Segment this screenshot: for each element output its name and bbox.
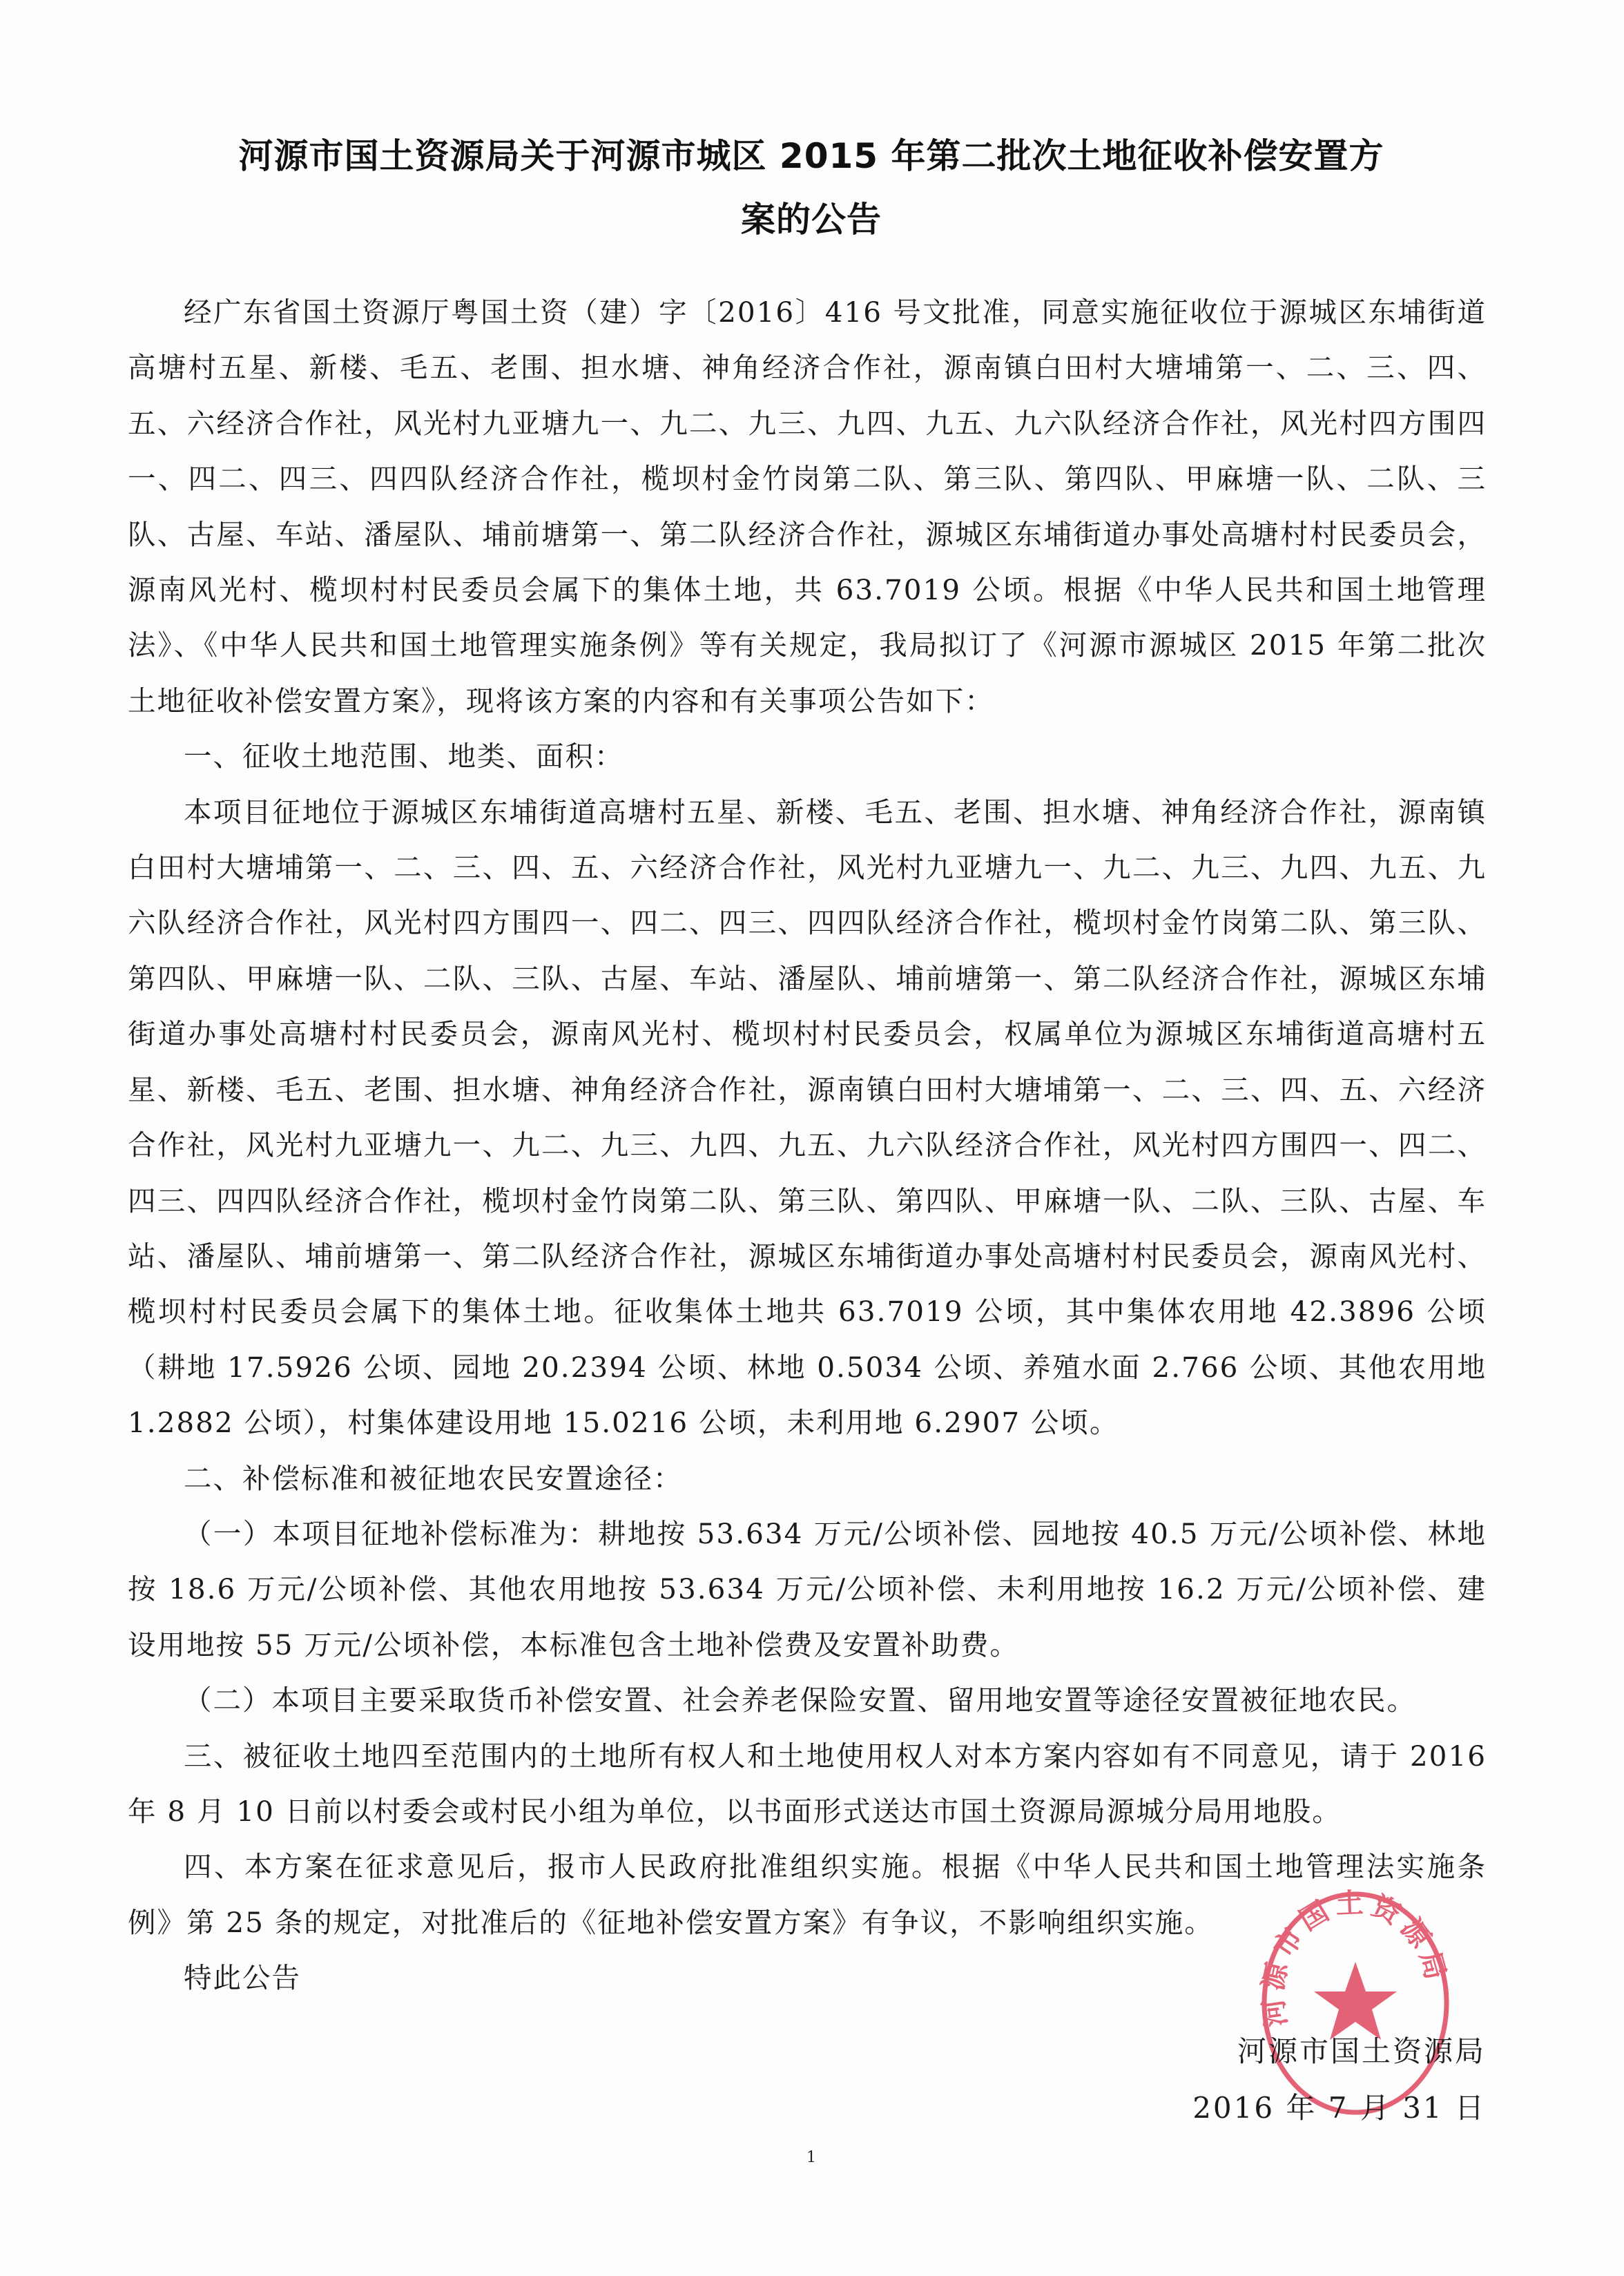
- page-number: 1: [806, 2149, 816, 2166]
- issue-date: 2016 年 7 月 31 日: [1192, 2080, 1486, 2137]
- document-page: 河源市国土资源局关于河源市城区 2015 年第二批次土地征收补偿安置方 案的公告…: [0, 0, 1624, 2276]
- document-title: 河源市国土资源局关于河源市城区 2015 年第二批次土地征收补偿安置方 案的公告: [104, 124, 1519, 251]
- signature-block: 河源市国土资源局 2016 年 7 月 31 日: [1192, 2023, 1486, 2137]
- section-heading-2: 二、补偿标准和被征地农民安置途径：: [128, 1451, 1487, 1506]
- paragraph-compensation-standard: （一）本项目征地补偿标准为：耕地按 53.634 万元/公顷补偿、园地按 40.…: [128, 1506, 1487, 1672]
- section-heading-1: 一、征收土地范围、地类、面积：: [128, 729, 1487, 784]
- paragraph-intro: 经广东省国土资源厅粤国土资（建）字〔2016〕416 号文批准，同意实施征收位于…: [128, 284, 1487, 729]
- title-line-1: 河源市国土资源局关于河源市城区 2015 年第二批次土地征收补偿安置方: [104, 124, 1519, 188]
- title-line-2: 案的公告: [104, 188, 1519, 251]
- document-body: 经广东省国土资源厅粤国土资（建）字〔2016〕416 号文批准，同意实施征收位于…: [128, 284, 1487, 2006]
- issuer-name: 河源市国土资源局: [1192, 2023, 1486, 2080]
- paragraph-objection: 三、被征收土地四至范围内的土地所有权人和土地使用权人对本方案内容如有不同意见，请…: [128, 1728, 1487, 1840]
- paragraph-scope: 本项目征地位于源城区东埔街道高塘村五星、新楼、毛五、老围、担水塘、神角经济合作社…: [128, 784, 1487, 1451]
- paragraph-resettlement: （二）本项目主要采取货币补偿安置、社会养老保险安置、留用地安置等途径安置被征地农…: [128, 1672, 1487, 1728]
